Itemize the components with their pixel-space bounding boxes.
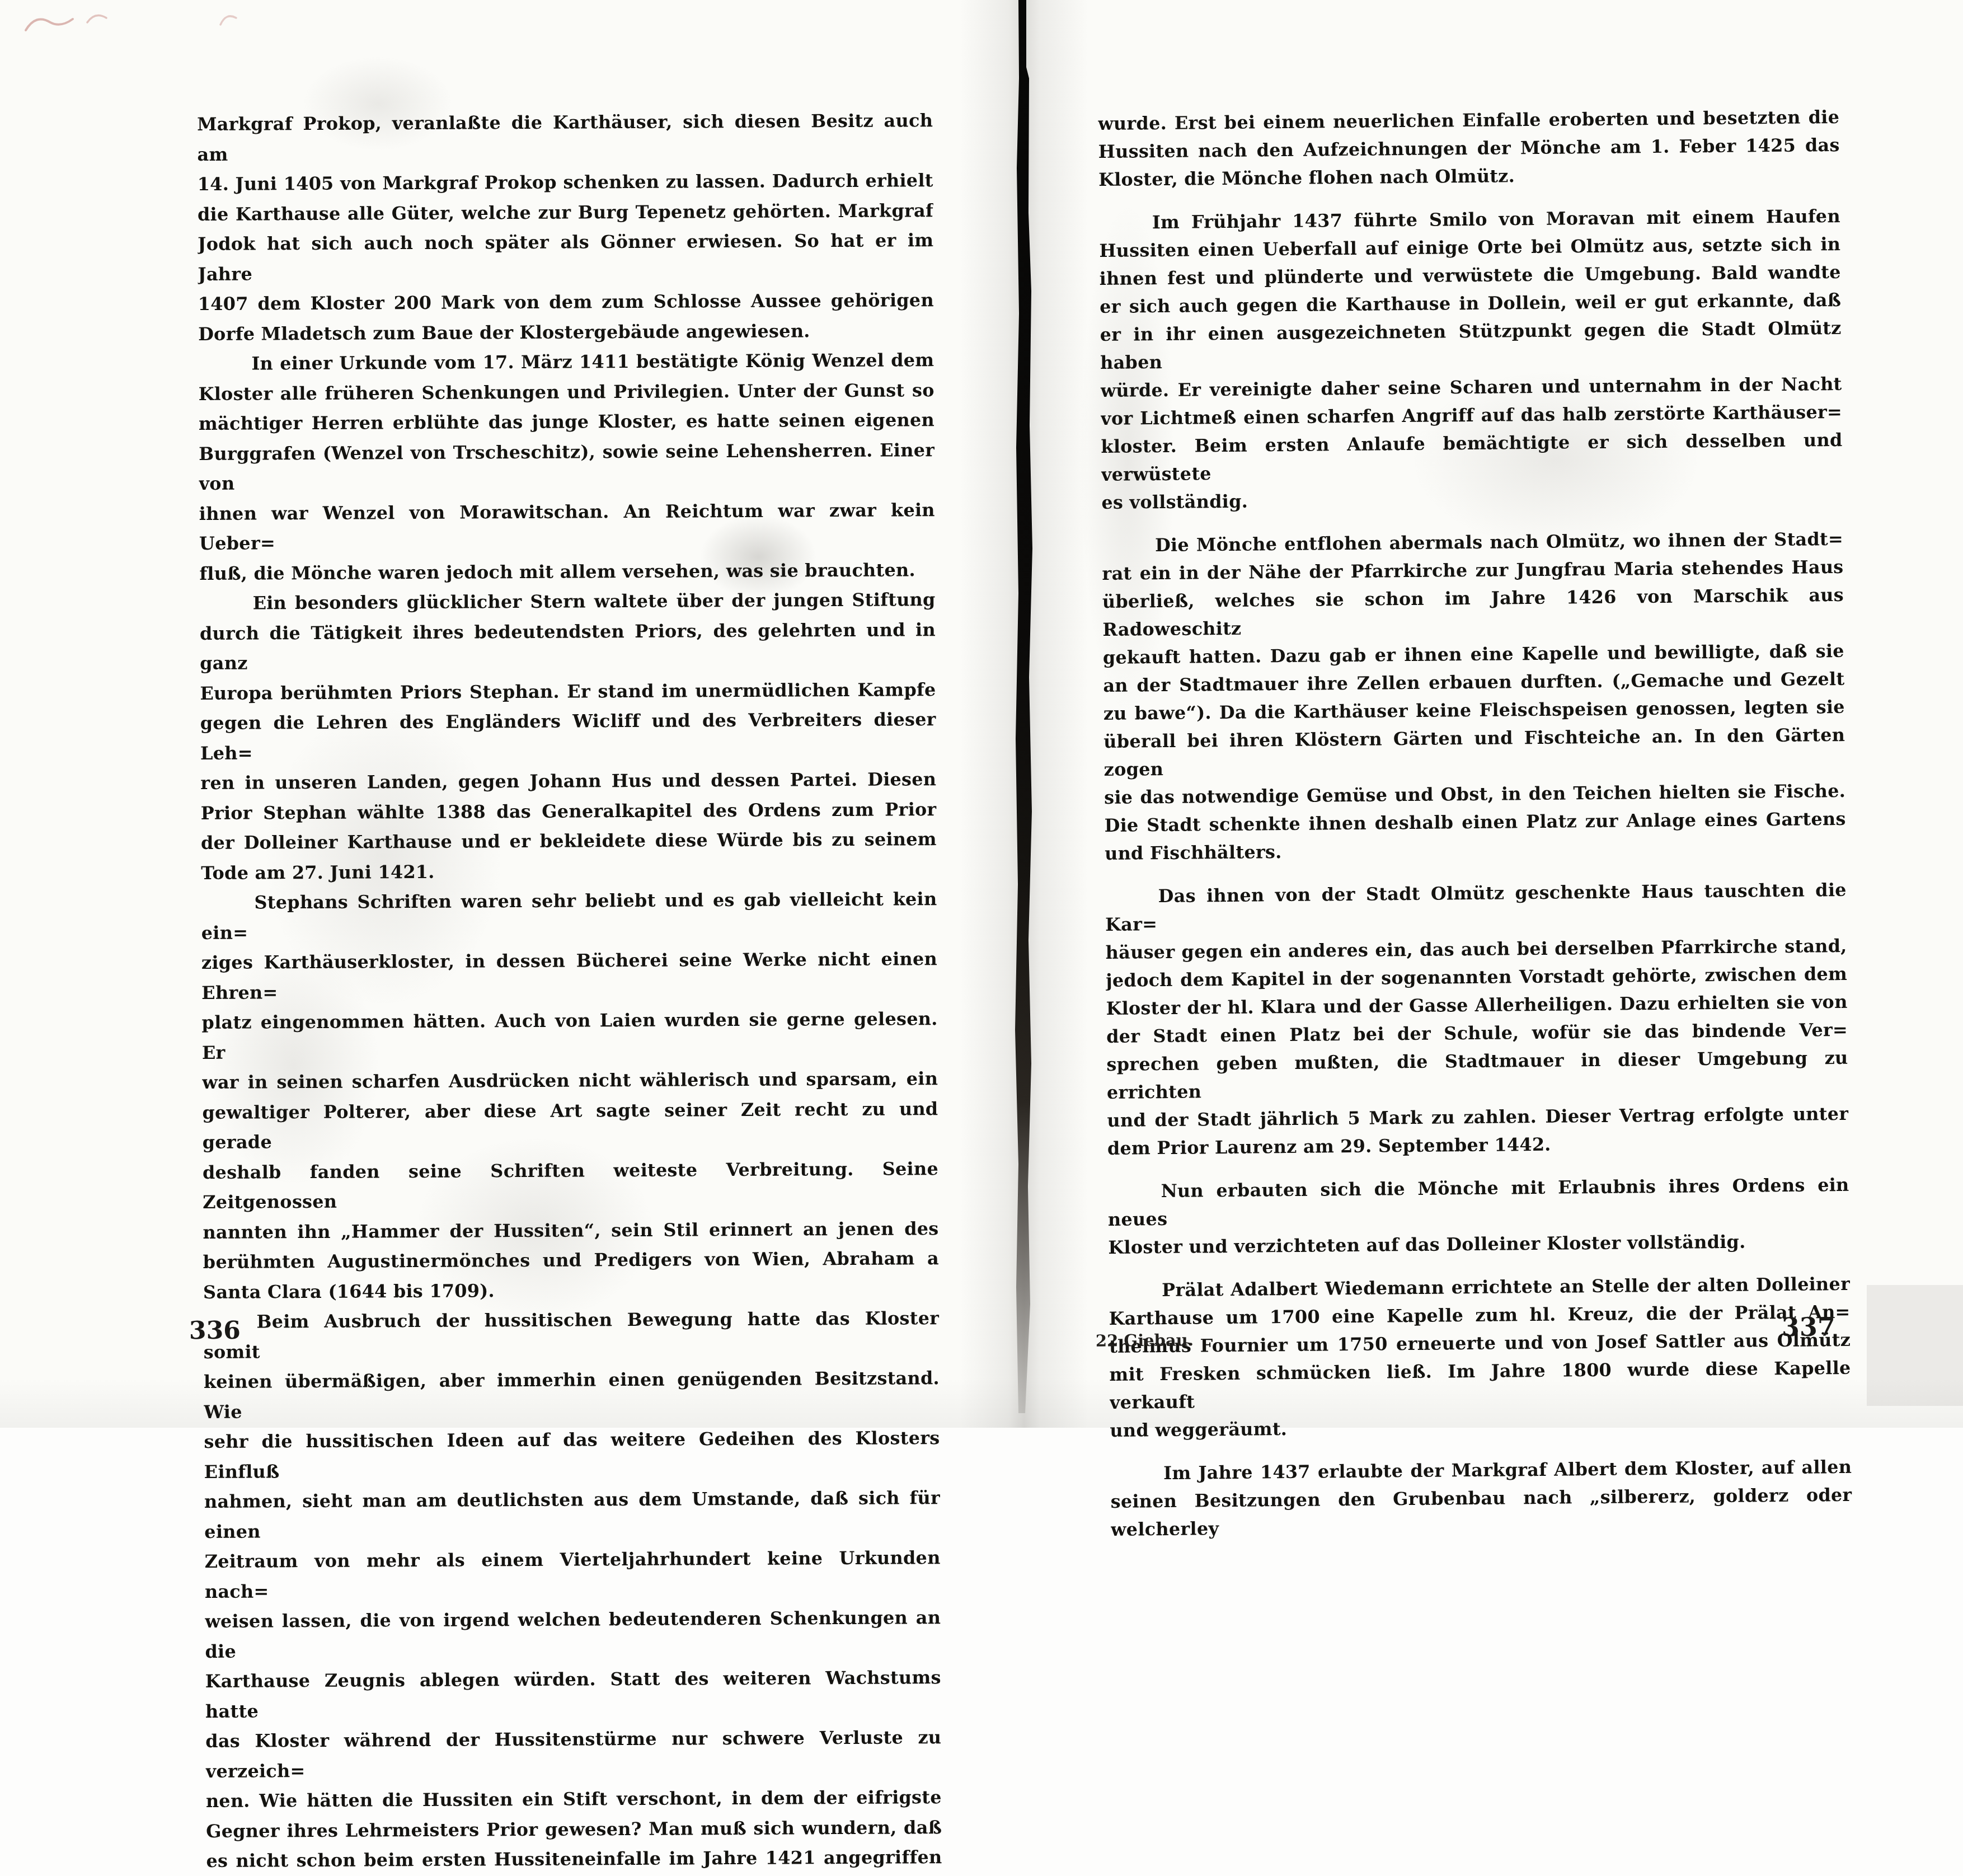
text-line: Santa Clara (1644 bis 1709). xyxy=(203,1274,939,1307)
text-line: Markgraf Prokop, veranlaßte die Karthäus… xyxy=(197,106,933,170)
text-line: Stephans Schriften waren sehr beliebt un… xyxy=(201,884,937,948)
text-line: kloster. Beim ersten Anlaufe bemächtigte… xyxy=(1101,426,1843,489)
book-scan: Markgraf Prokop, veranlaßte die Karthäus… xyxy=(0,0,1963,1428)
text-line: war in seinen scharfen Ausdrücken nicht … xyxy=(202,1064,938,1098)
text-line: Europa berühmten Priors Stephan. Er stan… xyxy=(200,675,936,709)
text-line: ren in unseren Landen, gegen Johann Hus … xyxy=(200,765,936,798)
text-line: 1407 dem Kloster 200 Mark von dem zum Sc… xyxy=(198,285,934,319)
text-line: fluß, die Mönche waren jedoch mit allem … xyxy=(199,555,935,589)
text-line: ziges Karthäuserkloster, in dessen Büche… xyxy=(201,944,938,1008)
text-line: Jodok hat sich auch noch später als Gönn… xyxy=(198,226,934,289)
text-line: Burggrafen (Wenzel von Trscheschitz), so… xyxy=(199,435,935,499)
text-line: Das ihnen von der Stadt Olmütz geschenkt… xyxy=(1105,876,1847,939)
text-line: Prior Stephan wählte 1388 das Generalkap… xyxy=(200,795,936,828)
paragraph: wurde. Erst bei einem neuerlichen Einfal… xyxy=(1098,103,1840,194)
text-line: keinen übermäßigen, aber immerhin einen … xyxy=(204,1363,940,1427)
page-number-right: 337 xyxy=(1757,1311,1835,1342)
text-line: es vollständig. xyxy=(1101,482,1843,517)
text-line: überall bei ihren Klöstern Gärten und Fi… xyxy=(1103,721,1845,784)
text-line: dem Prior Laurenz am 29. September 1442. xyxy=(1107,1128,1849,1162)
paragraph: Markgraf Prokop, veranlaßte die Karthäus… xyxy=(197,106,934,349)
page-left: Markgraf Prokop, veranlaßte die Karthäus… xyxy=(197,106,942,1428)
text-line: ihnen war Wenzel von Morawitschan. An Re… xyxy=(199,495,936,559)
red-scribble-mark xyxy=(16,1,251,57)
signature-mark: 22 Giebau. xyxy=(1096,1330,1194,1350)
paragraph: Die Mönche entflohen abermals nach Olmüt… xyxy=(1102,525,1846,867)
text-line: Beim Ausbruch der hussitischen Bewegung … xyxy=(203,1303,940,1367)
text-line: der Dolleiner Karthause und er bekleidet… xyxy=(201,824,937,858)
text-line: Dorfe Mladetsch zum Baue der Klostergebä… xyxy=(198,316,934,349)
page-right: wurde. Erst bei einem neuerlichen Einfal… xyxy=(1098,103,1852,1428)
text-line: berühmten Augustinermönches und Prediger… xyxy=(203,1244,939,1277)
text-line: platz eingenommen hätten. Auch von Laien… xyxy=(201,1004,938,1068)
paragraph: Ein besonders glücklicher Stern waltete … xyxy=(199,585,937,888)
text-line: mit Fresken schmücken ließ. Im Jahre 180… xyxy=(1109,1354,1851,1417)
text-line: nannten ihn „Hammer der Hussiten“, sein … xyxy=(203,1214,938,1247)
paragraph: Nun erbauten sich die Mönche mit Erlaubn… xyxy=(1107,1171,1849,1261)
paragraph: In einer Urkunde vom 17. März 1411 bestä… xyxy=(198,345,935,589)
text-line: 14. Juni 1405 von Markgraf Prokop schenk… xyxy=(198,166,933,199)
page-number-left: 336 xyxy=(189,1316,241,1345)
text-line: gegen die Lehren des Engländers Wicliff … xyxy=(200,705,937,768)
paragraph: Prälat Adalbert Wiedemann errichtete an … xyxy=(1109,1270,1852,1428)
text-line: überließ, welches sie schon im Jahre 142… xyxy=(1102,581,1844,644)
text-line: Kloster, die Mönche flohen nach Olmütz. xyxy=(1098,159,1840,194)
text-line: und Fischhälters. xyxy=(1105,833,1846,867)
text-line: durch die Tätigkeit ihres bedeutendsten … xyxy=(200,615,936,679)
text-line: er in ihr einen ausgezeichneten Stützpun… xyxy=(1100,314,1842,377)
left-text-block: Markgraf Prokop, veranlaßte die Karthäus… xyxy=(197,106,942,1428)
paragraph: Beim Ausbruch der hussitischen Bewegung … xyxy=(203,1303,942,1428)
text-line: mächtiger Herren erblühte das junge Klos… xyxy=(199,405,934,439)
text-line: Ein besonders glücklicher Stern waltete … xyxy=(199,585,935,618)
paragraph: Stephans Schriften waren sehr beliebt un… xyxy=(201,884,939,1307)
text-line: Kloster alle früheren Schenkungen und Pr… xyxy=(199,376,934,409)
text-line: sprechen geben mußten, die Stadtmauer in… xyxy=(1106,1044,1848,1106)
paragraph: Das ihnen von der Stadt Olmütz geschenkt… xyxy=(1105,876,1849,1162)
text-line: gewaltiger Polterer, aber diese Art sagt… xyxy=(202,1094,938,1158)
text-line: In einer Urkunde vom 17. März 1411 bestä… xyxy=(198,345,934,379)
text-line: die Karthause alle Güter, welche zur Bur… xyxy=(198,196,933,229)
right-text-block: wurde. Erst bei einem neuerlichen Einfal… xyxy=(1098,103,1852,1428)
text-line: Kloster und verzichteten auf das Dollein… xyxy=(1108,1227,1849,1261)
paragraph: Im Frühjahr 1437 führte Smilo von Morava… xyxy=(1099,202,1843,517)
text-line: Tode am 27. Juni 1421. xyxy=(201,855,937,888)
text-line: Nun erbauten sich die Mönche mit Erlaubn… xyxy=(1107,1171,1849,1234)
text-line: deshalb fanden seine Schriften weiteste … xyxy=(203,1154,939,1218)
